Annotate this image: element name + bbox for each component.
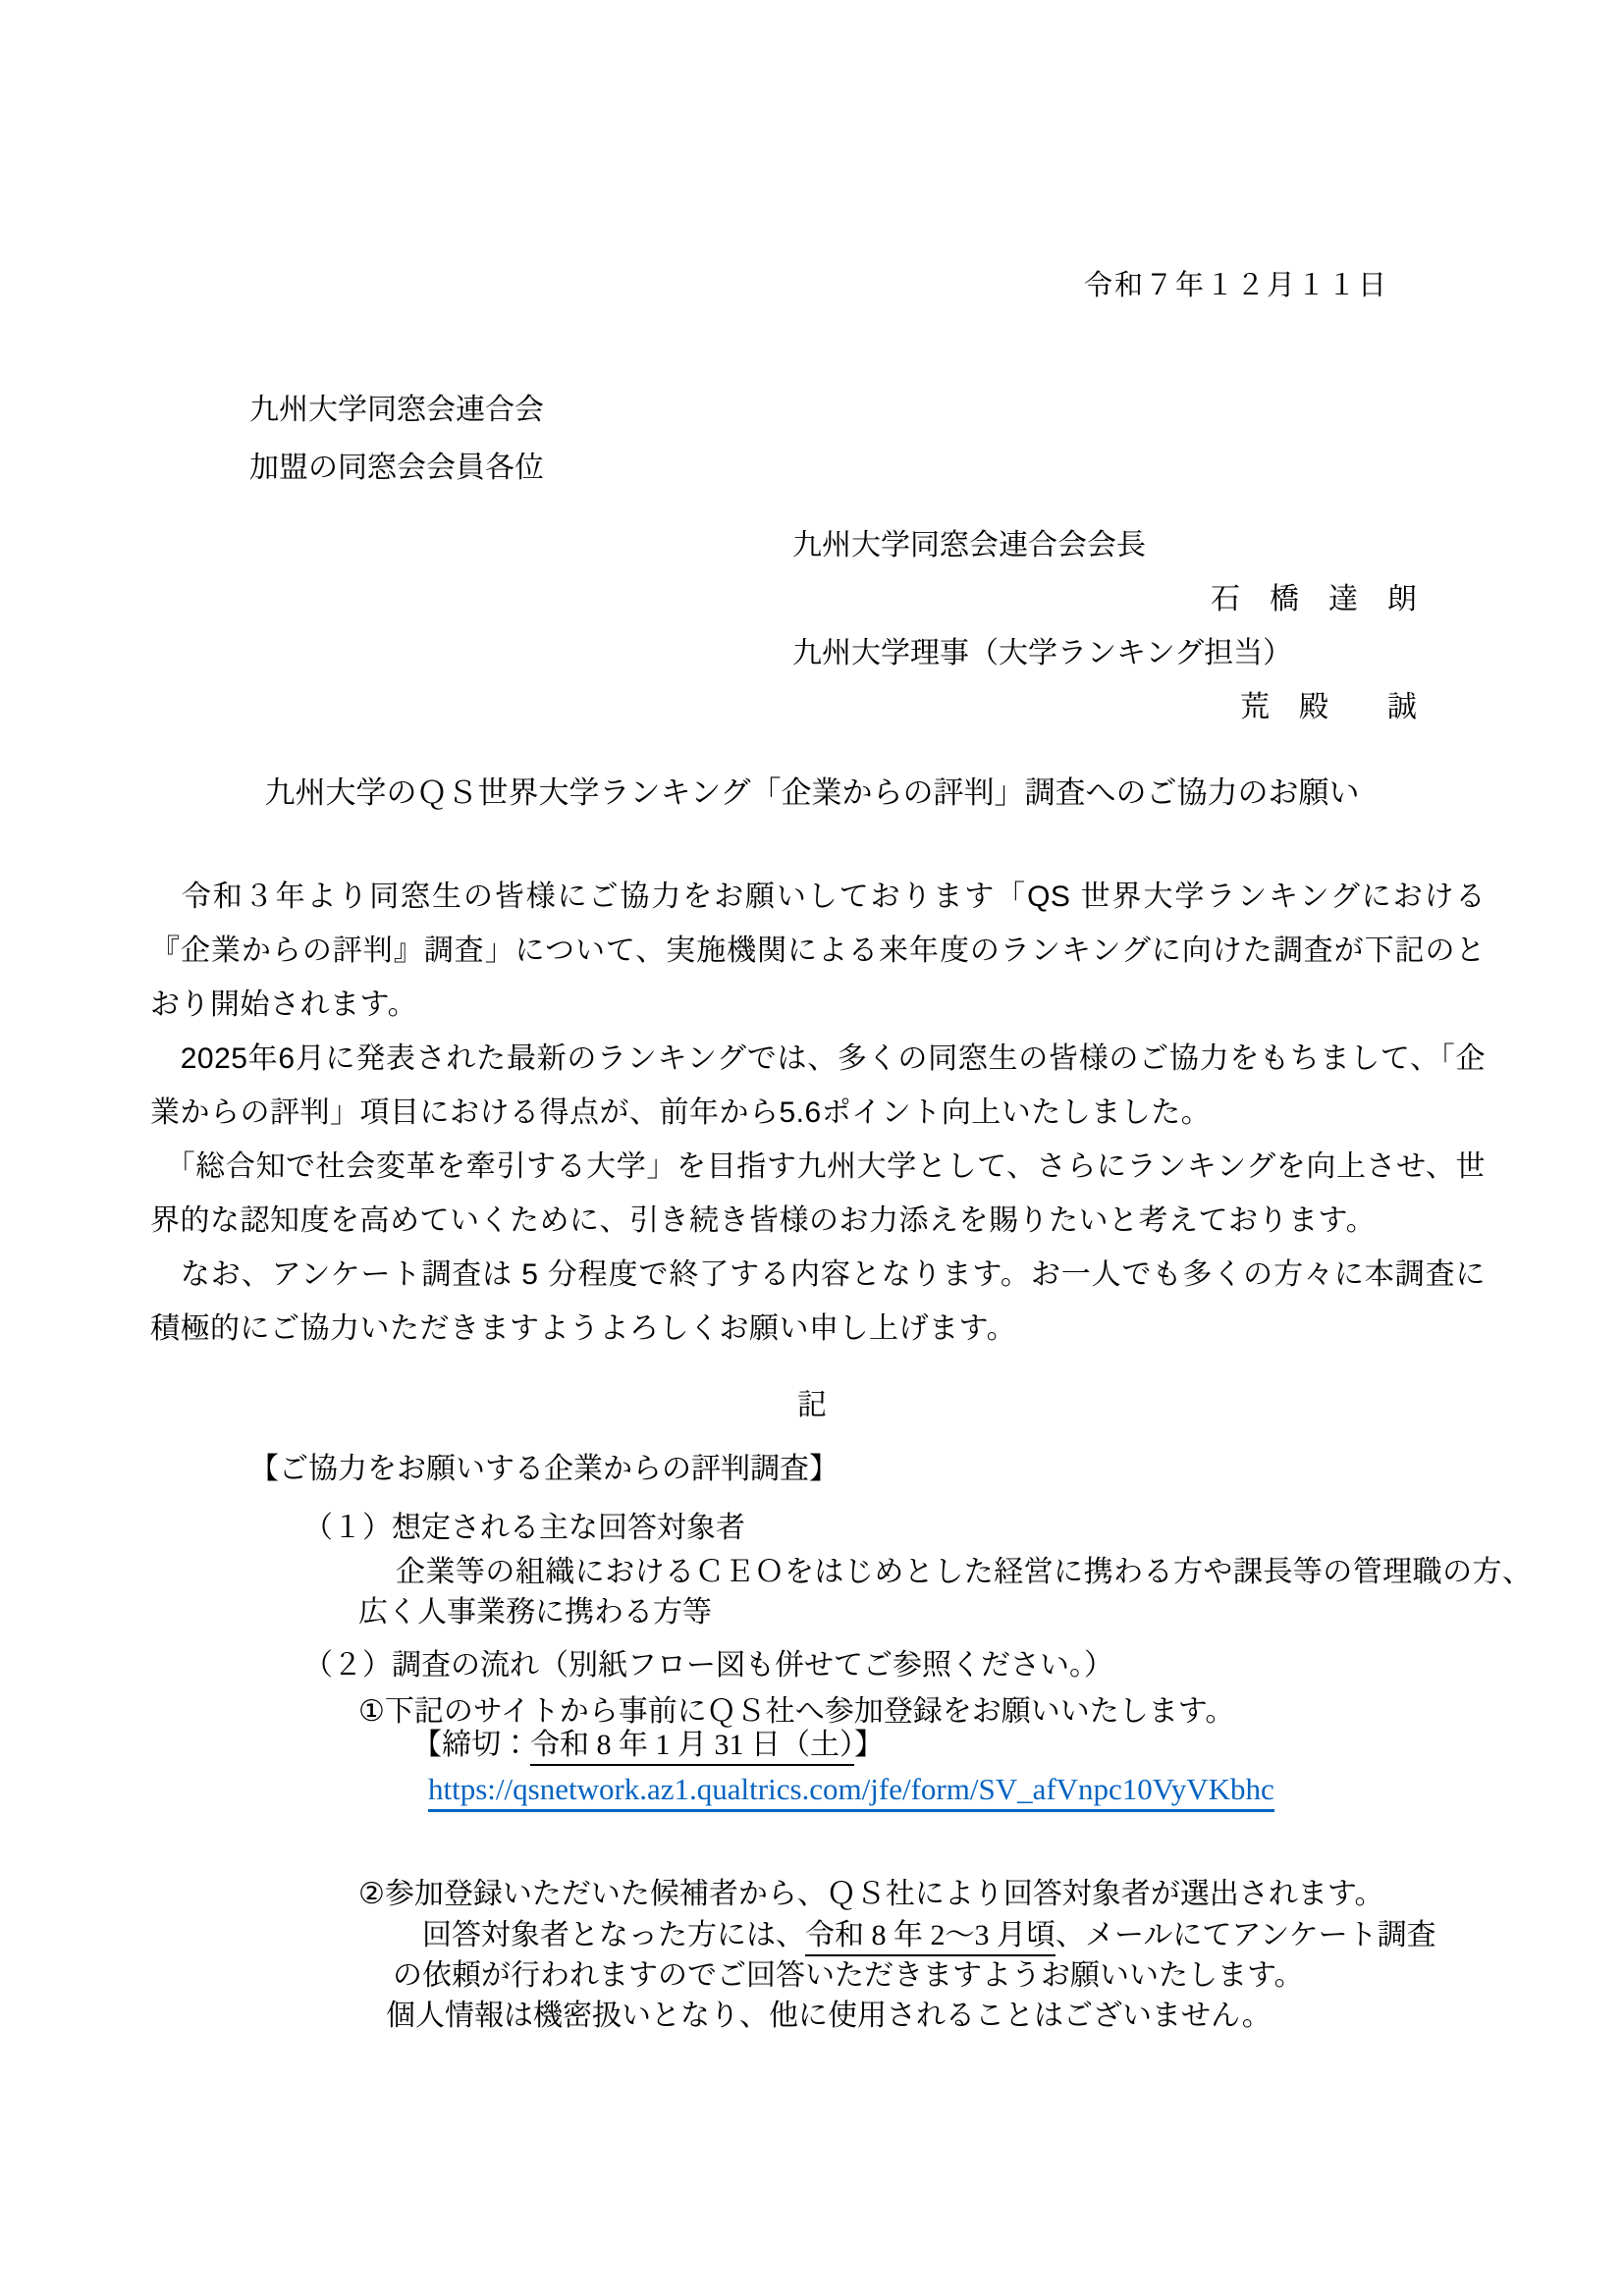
sender-title-president: 九州大学同窓会連合会会長 bbox=[792, 518, 1421, 572]
step2-line1: 回答対象者となった方には、令和 8 年 2～3 月頃、メールにてアンケート調査 bbox=[422, 1919, 1436, 1952]
date-line: 令和７年１２月１１日 bbox=[1084, 269, 1388, 302]
document-page: 令和７年１２月１１日 九州大学同窓会連合会 加盟の同窓会会員各位 九州大学同窓会… bbox=[0, 0, 1624, 2296]
registration-url-line: https://qsnetwork.az1.qualtrics.com/jfe/… bbox=[428, 1773, 1274, 1807]
item1-body: 企業等の組織におけるＣＥＯをはじめとした経営に携わる方や課長等の管理職の方、広く… bbox=[358, 1552, 1532, 1632]
deadline-close-bracket: 】 bbox=[854, 1729, 884, 1761]
step1-text: ①下記のサイトから事前にＱＳ社へ参加登録をお願いいたします。 bbox=[358, 1695, 1234, 1729]
step2-line2: の依頼が行われますのでご回答いただきますようお願いいたします。 bbox=[393, 1959, 1304, 1993]
sender-name-president: 石 橋 達 朗 bbox=[792, 572, 1421, 626]
step2-line1-date: 令和 8 年 2～3 月頃 bbox=[805, 1919, 1056, 1956]
body-paragraph-4: なお、アンケート調査は 5 分程度で終了する内容となります。お一人でも多くの方々… bbox=[150, 1248, 1486, 1356]
deadline-line: 【締切：令和 8 年 1 月 31 日（土）】 bbox=[412, 1729, 884, 1762]
addressee-org: 九州大学同窓会連合会 bbox=[249, 381, 544, 439]
ki-marker: 記 bbox=[0, 1380, 1624, 1423]
body-paragraph-2: 2025年6月に発表された最新のランキングでは、多くの同窓生の皆様のご協力をもち… bbox=[150, 1032, 1486, 1140]
survey-section-heading: 【ご協力をお願いする企業からの評判調査】 bbox=[249, 1453, 839, 1486]
subject-title: 九州大学のＱＳ世界大学ランキング「企業からの評判」調査へのご協力のお願い bbox=[0, 768, 1624, 812]
sender-name-trustee: 荒 殿 誠 bbox=[792, 680, 1421, 734]
step2-line3: 個人情報は機密扱いとなり、他に使用されることはございません。 bbox=[386, 2000, 1272, 2033]
sender-title-trustee: 九州大学理事（大学ランキング担当） bbox=[792, 626, 1421, 680]
item2-label: （２）調査の流れ（別紙フロー図も併せてご参照ください。） bbox=[303, 1649, 1113, 1682]
registration-link[interactable]: https://qsnetwork.az1.qualtrics.com/jfe/… bbox=[428, 1772, 1274, 1812]
addressee-block: 九州大学同窓会連合会 加盟の同窓会会員各位 bbox=[249, 381, 544, 497]
deadline-open-bracket: 【締切： bbox=[412, 1729, 530, 1761]
deadline-date: 令和 8 年 1 月 31 日（土） bbox=[530, 1729, 854, 1766]
step2-text: ②参加登録いただいた候補者から、ＱＳ社により回答対象者が選出されます。 bbox=[358, 1878, 1384, 1911]
sender-block: 九州大学同窓会連合会会長 石 橋 達 朗 九州大学理事（大学ランキング担当） 荒… bbox=[792, 518, 1421, 734]
addressee-members: 加盟の同窓会会員各位 bbox=[249, 439, 544, 497]
body-text: 令和３年より同窓生の皆様にご協力をお願いしております「QS 世界大学ランキングに… bbox=[150, 870, 1486, 1356]
item1-label: （１）想定される主な回答対象者 bbox=[303, 1512, 745, 1545]
step2-line1-post: 、メールにてアンケート調査 bbox=[1056, 1919, 1436, 1951]
step2-line1-pre: 回答対象者となった方には、 bbox=[422, 1919, 805, 1951]
body-paragraph-1: 令和３年より同窓生の皆様にご協力をお願いしております「QS 世界大学ランキングに… bbox=[150, 870, 1486, 1032]
body-paragraph-3: 「総合知で社会変革を牽引する大学」を目指す九州大学として、さらにランキングを向上… bbox=[150, 1140, 1486, 1248]
